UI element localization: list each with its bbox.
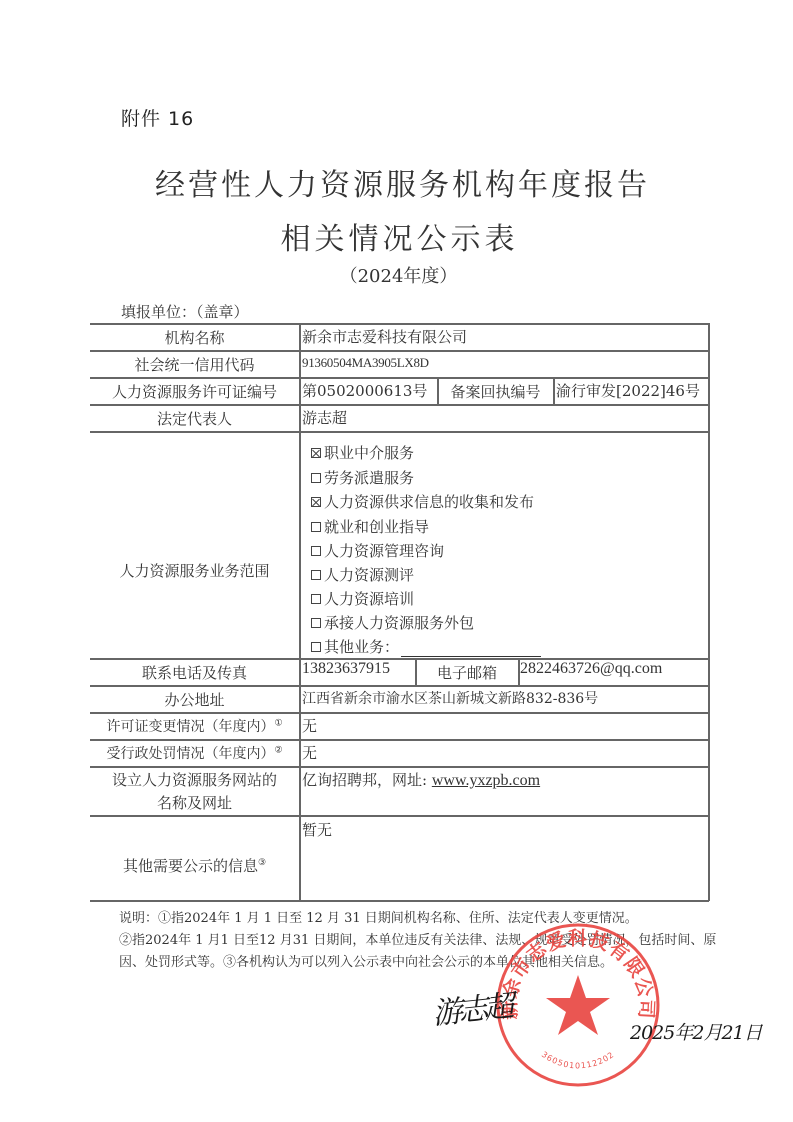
company-seal-icon: 新余市志爱科技有限公司 3605010112202 <box>493 920 663 1090</box>
scope-item[interactable]: 其他业务： <box>311 636 541 657</box>
license-change-value: 无 <box>302 715 317 736</box>
table-border <box>90 404 709 406</box>
table-border <box>90 685 709 687</box>
scope-item-label: 人力资源测评 <box>324 566 414 584</box>
legal-rep-label: 法定代表人 <box>90 408 299 429</box>
report-year: （2024年度） <box>0 262 793 288</box>
scope-item-label: 职业中介服务 <box>324 444 414 462</box>
table-border <box>553 377 555 404</box>
record-number-label: 备案回执编号 <box>438 381 553 402</box>
website-name: 亿询招聘邦，网址: <box>302 771 432 789</box>
scope-item[interactable]: 人力资源管理咨询 <box>311 540 444 561</box>
table-border <box>90 431 709 433</box>
business-scope-label: 人力资源服务业务范围 <box>90 560 299 581</box>
attachment-number: 附件 16 <box>121 104 194 131</box>
scope-item[interactable]: 职业中介服务 <box>311 442 414 463</box>
table-border <box>90 815 709 817</box>
checkbox-icon[interactable] <box>311 570 321 580</box>
table-border <box>90 712 709 714</box>
signature-date: 2025年2月21日 <box>630 1018 762 1045</box>
checkbox-icon[interactable] <box>311 618 321 628</box>
filler-unit-label: 填报单位：（盖章） <box>121 301 249 322</box>
other-business-input[interactable] <box>401 642 541 657</box>
credit-code-value: 91360504MA3905LX8D <box>302 355 429 371</box>
checkbox-icon[interactable] <box>311 594 321 604</box>
other-info-label: 其他需要公示的信息③ <box>90 855 299 876</box>
credit-code-label: 社会统一信用代码 <box>90 354 299 375</box>
table-border <box>90 350 709 352</box>
other-info-value: 暂无 <box>302 819 332 840</box>
checkbox-icon[interactable] <box>311 522 321 532</box>
email-value[interactable]: 2822463726@qq.com <box>520 660 662 678</box>
legal-rep-value: 游志超 <box>302 407 347 428</box>
org-name-value: 新余市志爱科技有限公司 <box>302 326 467 347</box>
scope-item-label: 劳务派遣服务 <box>324 469 414 487</box>
penalty-value: 无 <box>302 742 317 763</box>
table-border <box>708 323 710 901</box>
table-border <box>90 739 709 741</box>
website-label-line2: 名称及网址 <box>90 792 299 813</box>
license-value: 第0502000613号 <box>302 380 427 401</box>
scope-item-label: 其他业务： <box>324 638 399 656</box>
table-border <box>90 323 709 325</box>
checkbox-checked-icon[interactable] <box>311 497 321 507</box>
scope-item[interactable]: 人力资源测评 <box>311 564 414 585</box>
contact-label: 联系电话及传真 <box>90 662 299 683</box>
scope-item[interactable]: 劳务派遣服务 <box>311 467 414 488</box>
svg-text:3605010112202: 3605010112202 <box>540 1050 616 1070</box>
scope-item-label: 人力资源供求信息的收集和发布 <box>324 493 534 511</box>
scope-item-label: 人力资源管理咨询 <box>324 542 444 560</box>
checkbox-icon[interactable] <box>311 642 321 652</box>
scope-item[interactable]: 人力资源培训 <box>311 588 414 609</box>
penalty-label: 受行政处罚情况（年度内）② <box>90 743 299 763</box>
email-label: 电子邮箱 <box>416 662 518 683</box>
license-label: 人力资源服务许可证编号 <box>90 381 299 402</box>
website-url-link[interactable]: www.yxzpb.com <box>432 772 540 789</box>
scope-item[interactable]: 人力资源供求信息的收集和发布 <box>311 491 534 512</box>
page-subtitle: 相关情况公示表 <box>0 214 793 258</box>
address-label: 办公地址 <box>90 689 299 710</box>
website-label-line1: 设立人力资源服务网站的 <box>90 769 299 790</box>
record-number-value: 渝行审发[2022]46号 <box>556 380 700 401</box>
page-title: 经营性人力资源服务机构年度报告 <box>0 160 793 204</box>
license-change-label: 许可证变更情况（年度内）① <box>90 716 299 736</box>
signature: 游志超 <box>430 981 512 1033</box>
scope-item-label: 承接人力资源服务外包 <box>324 614 474 632</box>
address-value: 江西省新余市渝水区茶山新城文新路832-836号 <box>302 688 598 708</box>
table-border <box>299 323 301 901</box>
table-border <box>90 766 709 768</box>
website-value: 亿询招聘邦，网址: www.yxzpb.com <box>302 769 540 790</box>
scope-item-label: 就业和创业指导 <box>324 518 429 536</box>
table-border <box>90 900 709 902</box>
org-name-label: 机构名称 <box>90 327 299 348</box>
table-border <box>90 377 709 379</box>
checkbox-icon[interactable] <box>311 546 321 556</box>
scope-item-label: 人力资源培训 <box>324 590 414 608</box>
checkbox-checked-icon[interactable] <box>311 448 321 458</box>
phone-value: 13823637915 <box>302 660 390 678</box>
scope-item[interactable]: 承接人力资源服务外包 <box>311 612 474 633</box>
scope-item[interactable]: 就业和创业指导 <box>311 516 429 537</box>
checkbox-icon[interactable] <box>311 473 321 483</box>
